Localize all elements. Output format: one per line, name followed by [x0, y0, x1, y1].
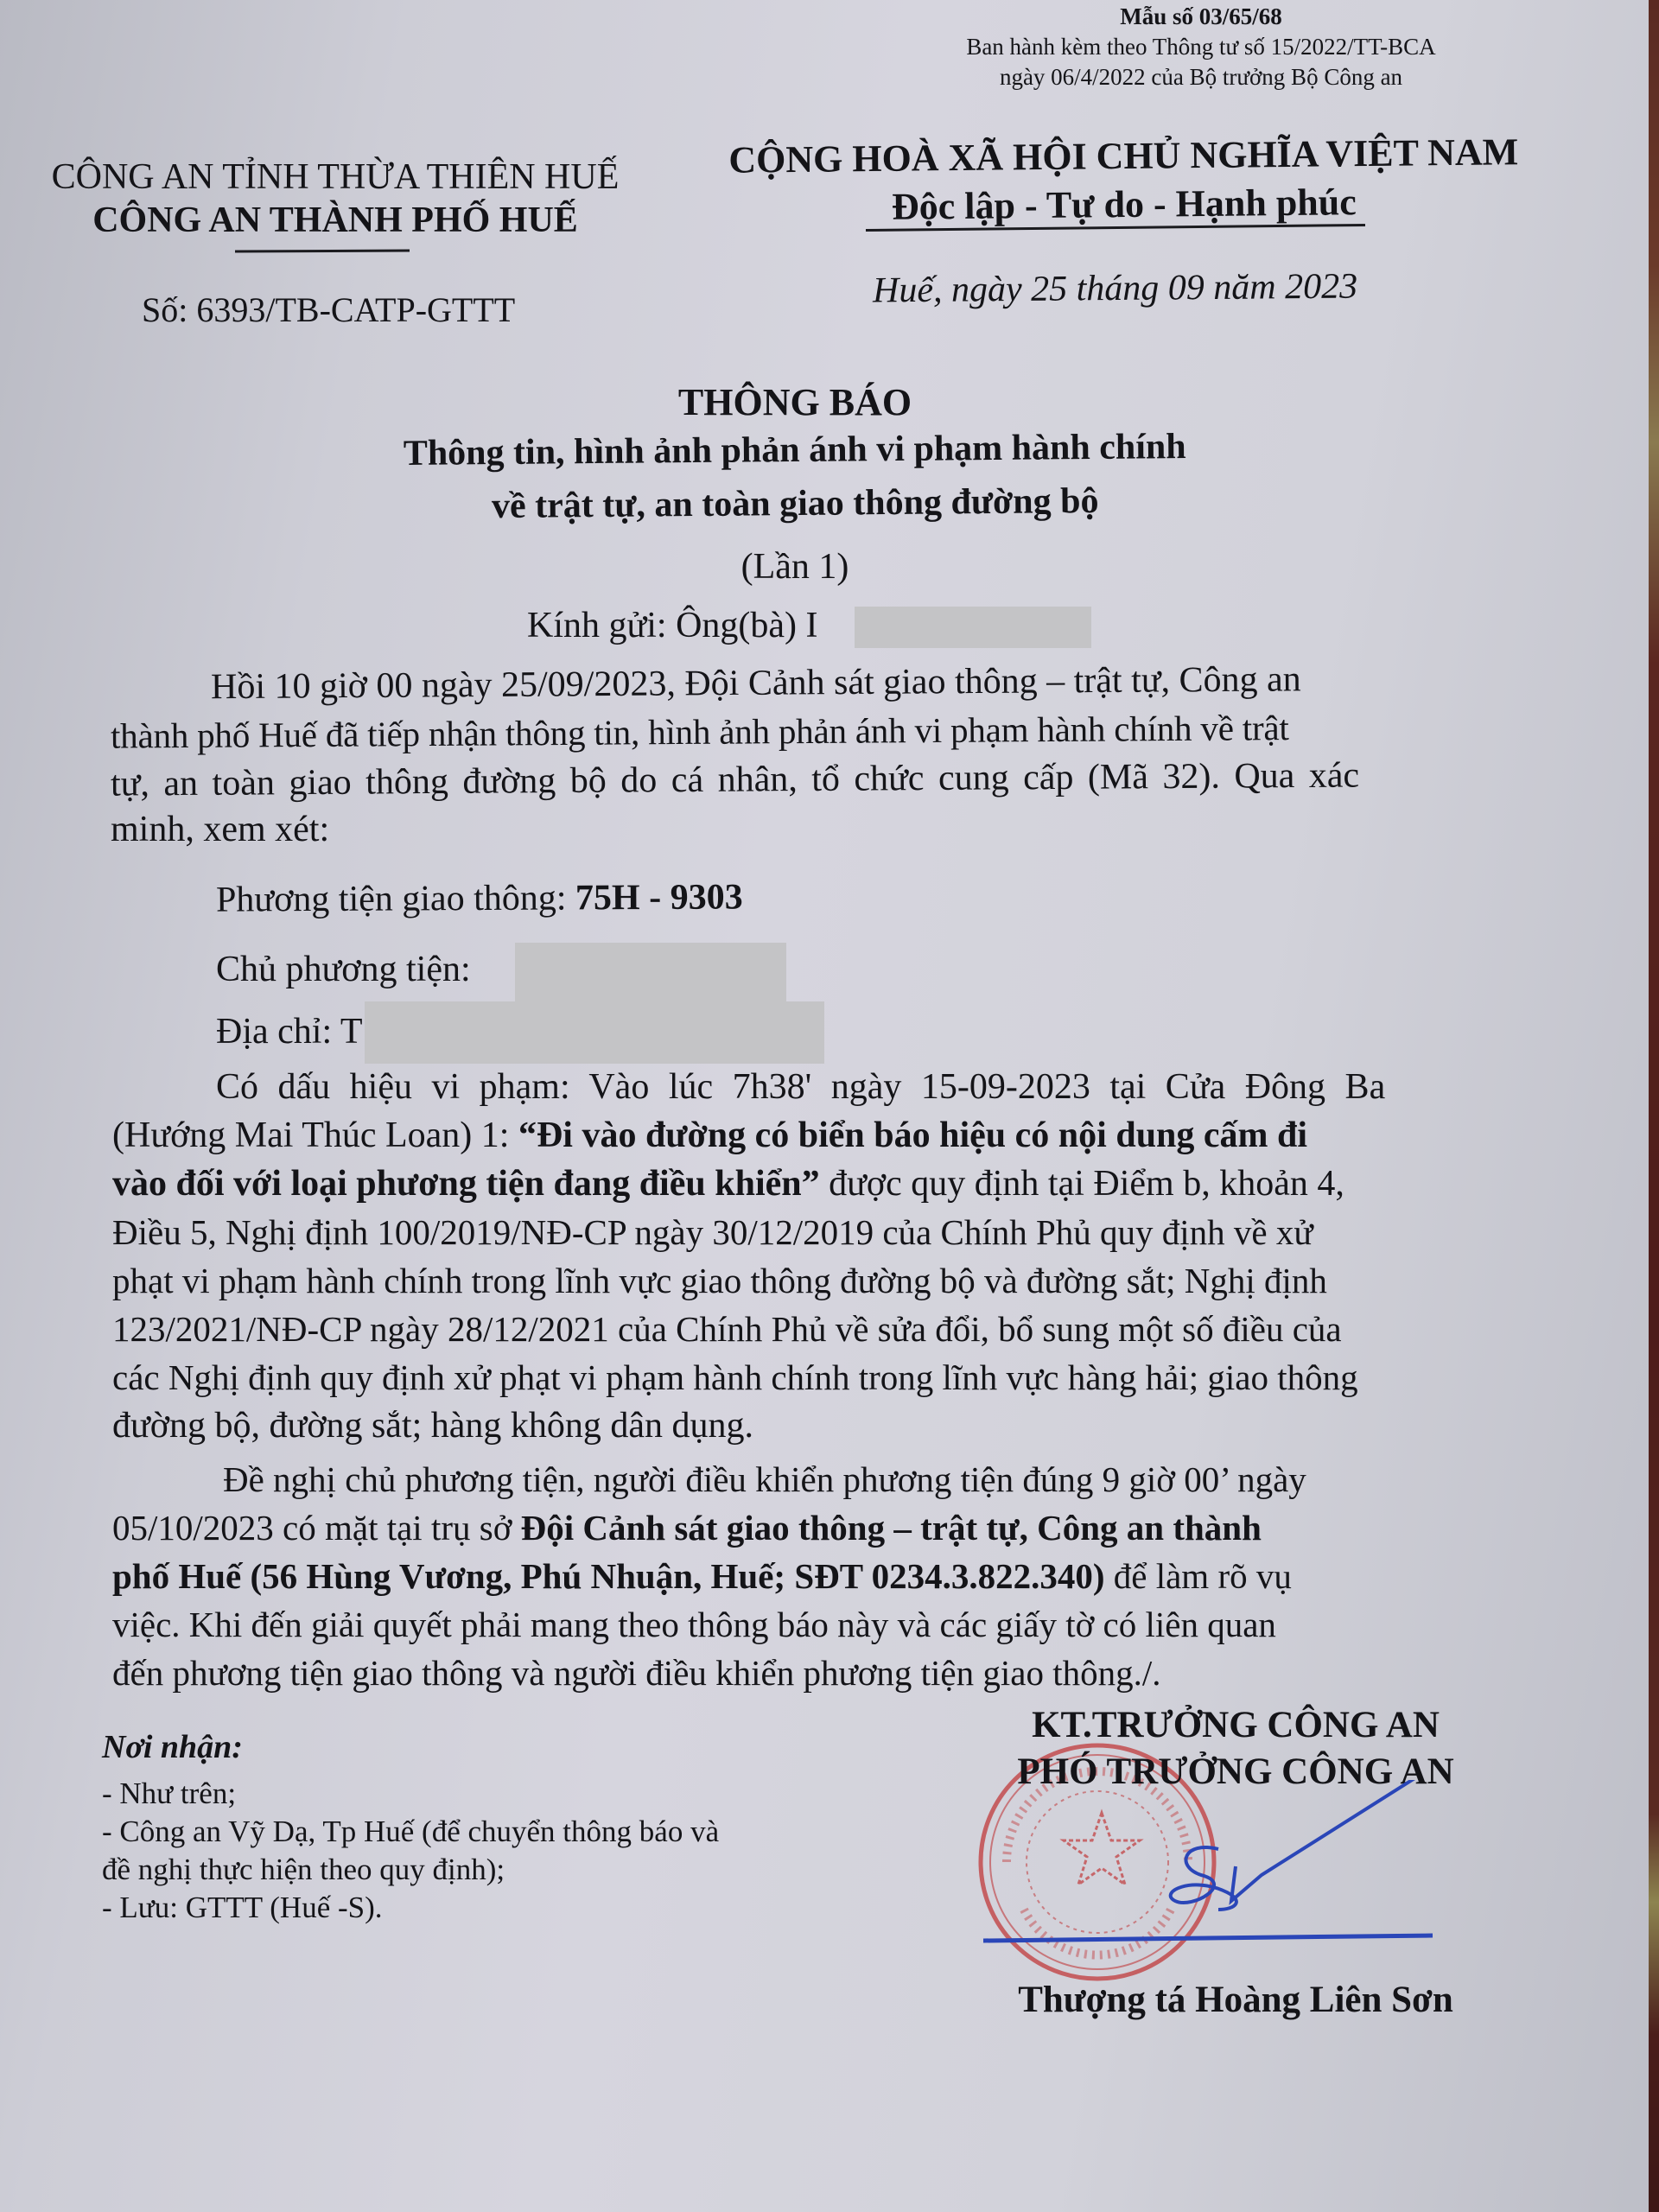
license-plate: 75H - 9303: [575, 877, 743, 918]
country-name: CỘNG HOÀ XÃ HỘI CHỦ NGHĨA VIỆT NAM: [709, 128, 1539, 185]
violation-line-2: (Hướng Mai Thúc Loan) 1: “Đi vào đường c…: [112, 1115, 1307, 1156]
document-number: Số: 6393/TB-CATP-GTTT: [142, 289, 515, 330]
recipient-redaction: [855, 607, 1091, 648]
document-date: Huế, ngày 25 tháng 09 năm 2023: [873, 266, 1358, 312]
agency-parent: CÔNG AN TỈNH THỪA THIÊN HUẾ: [24, 156, 646, 199]
request-line-5: đến phương tiện giao thông và người điều…: [112, 1652, 1160, 1694]
request-line-4: việc. Khi đến giải quyết phải mang theo …: [112, 1604, 1276, 1645]
violation-line-7: các Nghị định quy định xử phạt vi phạm h…: [112, 1357, 1358, 1398]
owner-label: Chủ phương tiện:: [216, 949, 471, 990]
document-subtitle: Thông tin, hình ảnh phản ánh vi phạm hàn…: [258, 419, 1331, 536]
handwritten-signature-icon: [976, 1780, 1460, 1953]
violation-line-4: Điều 5, Nghị định 100/2019/NĐ-CP ngày 30…: [112, 1211, 1313, 1253]
text: 05/10/2023 có mặt tại trụ sở: [112, 1508, 521, 1548]
violation-line-3: vào đối với loại phương tiện đang điều k…: [112, 1163, 1344, 1205]
owner-redaction: [515, 943, 786, 1003]
vehicle-label: Phương tiện giao thông:: [216, 878, 575, 919]
violation-description: “Đi vào đường có biển báo hiệu có nội du…: [518, 1116, 1307, 1155]
recipient-line: Kính gửi: Ông(bà) I: [527, 605, 818, 646]
text: được quy định tại Điểm b, khoản 4,: [820, 1164, 1344, 1204]
recipient-item: - Công an Vỹ Dạ, Tp Huế (để chuyển thông…: [102, 1815, 719, 1849]
national-motto: CỘNG HOÀ XÃ HỘI CHỦ NGHĨA VIỆT NAM Độc l…: [709, 128, 1539, 233]
intro-line-2: thành phố Huế đã tiếp nhận thông tin, hì…: [111, 705, 1502, 756]
agency-name: CÔNG AN THÀNH PHỐ HUẾ: [24, 199, 646, 242]
form-note-line1: Ban hành kèm theo Thông tư số 15/2022/TT…: [890, 32, 1512, 62]
desk-edge: [1649, 0, 1659, 2212]
signatory-title-line1: KT.TRƯỞNG CÔNG AN: [976, 1702, 1495, 1749]
agency-underline: [235, 249, 410, 252]
text: Hồi 10 giờ 00 ngày 25/09/2023, Đội Cảnh …: [211, 658, 1301, 708]
subtitle-line1: Thông tin, hình ảnh phản ánh vi phạm hàn…: [258, 419, 1330, 482]
text: (Hướng Mai Thúc Loan) 1:: [112, 1116, 518, 1155]
request-line-2: 05/10/2023 có mặt tại trụ sở Đội Cảnh sá…: [112, 1507, 1262, 1548]
intro-line-1: Hồi 10 giờ 00 ngày 25/09/2023, Đội Cảnh …: [211, 658, 1498, 708]
address-label: Địa chỉ: T: [216, 1011, 363, 1052]
motto: Độc lập - Tự do - Hạnh phúc: [709, 176, 1540, 233]
form-code: Mẫu số 03/65/68: [890, 2, 1512, 32]
signer-name: Thượng tá Hoàng Liên Sơn: [976, 1979, 1495, 2021]
recipient-item: - Như trên;: [102, 1777, 236, 1811]
vehicle-line: Phương tiện giao thông: 75H - 9303: [216, 876, 743, 920]
text: để làm rõ vụ: [1105, 1556, 1292, 1596]
form-reference-note: Mẫu số 03/65/68 Ban hành kèm theo Thông …: [890, 2, 1512, 92]
subtitle-line2: về trật tự, an toàn giao thông đường bộ: [259, 473, 1331, 536]
violation-description-cont: vào đối với loại phương tiện đang điều k…: [112, 1164, 820, 1204]
intro-line-4: minh, xem xét:: [111, 809, 329, 850]
request-line-3: phố Huế (56 Hùng Vương, Phú Nhuận, Huế; …: [112, 1555, 1292, 1597]
document-page: Mẫu số 03/65/68 Ban hành kèm theo Thông …: [0, 0, 1649, 2212]
violation-line-5: phạt vi phạm hành chính trong lĩnh vực g…: [112, 1260, 1327, 1301]
request-line-1: Đề nghị chủ phương tiện, người điều khiể…: [223, 1459, 1306, 1500]
office-name: Đội Cảnh sát giao thông – trật tự, Công …: [521, 1508, 1262, 1548]
notice-attempt: (Lần 1): [605, 546, 985, 588]
address-redaction: [365, 1001, 824, 1064]
recipient-item: - Lưu: GTTT (Huế -S).: [102, 1891, 383, 1925]
issuing-agency: CÔNG AN TỈNH THỪA THIÊN HUẾ CÔNG AN THÀN…: [24, 156, 646, 242]
document-title: THÔNG BÁO: [449, 380, 1141, 424]
intro-line-3: tự, an toàn giao thông đường bộ do cá nh…: [111, 753, 1502, 804]
recipients-title: Nơi nhận:: [102, 1728, 243, 1766]
violation-line-8: đường bộ, đường sắt; hàng không dân dụng…: [112, 1405, 753, 1446]
violation-line-6: 123/2021/NĐ-CP ngày 28/12/2021 của Chính…: [112, 1308, 1342, 1350]
violation-line-1: Có dấu hiệu vi phạm: Vào lúc 7h38' ngày …: [216, 1066, 1385, 1108]
form-note-line2: ngày 06/4/2022 của Bộ trưởng Bộ Công an: [890, 62, 1512, 92]
office-address: phố Huế (56 Hùng Vương, Phú Nhuận, Huế; …: [112, 1556, 1105, 1596]
recipient-item: đề nghị thực hiện theo quy định);: [102, 1853, 505, 1887]
